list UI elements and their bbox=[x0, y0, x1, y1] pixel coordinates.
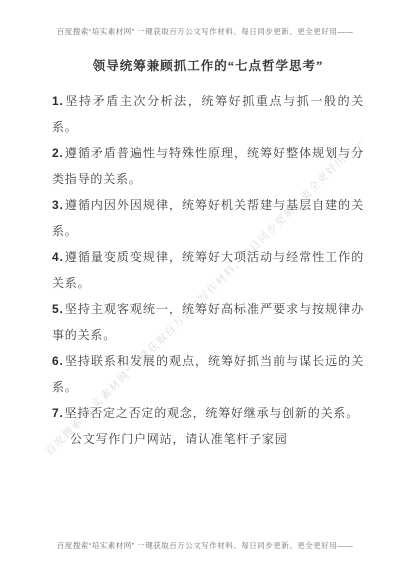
item-number: 5. bbox=[52, 302, 64, 316]
item-text: 坚持主观客观统一，统筹好高标准严要求与按规律办事的关系。 bbox=[52, 302, 364, 342]
list-item: 1.坚持矛盾主次分析法，统筹好抓重点与抓一般的关系。 bbox=[52, 88, 364, 140]
document-body: 领导统筹兼顾抓工作的“七点哲学思考” 1.坚持矛盾主次分析法，统筹好抓重点与抓一… bbox=[52, 56, 364, 452]
list-item: 3.遵循内因外因规律，统筹好机关帮建与基层自建的关系。 bbox=[52, 192, 364, 244]
list-item: 5.坚持主观客观统一，统筹好高标准严要求与按规律办事的关系。 bbox=[52, 296, 364, 348]
item-text: 遵循矛盾普遍性与特殊性原理，统筹好整体规划与分类指导的关系。 bbox=[52, 146, 364, 186]
item-text: 坚持否定之否定的观念，统筹好继承与创新的关系。 bbox=[65, 406, 359, 420]
list-item: 6.坚持联系和发展的观点，统筹好抓当前与谋长远的关系。 bbox=[52, 348, 364, 400]
item-text: 遵循量变质变规律，统筹好大项活动与经常性工作的关系。 bbox=[52, 250, 364, 290]
document-title: 领导统筹兼顾抓工作的“七点哲学思考” bbox=[52, 56, 364, 74]
closing-line: 公文写作门户网站，请认准笔杆子家园 bbox=[52, 426, 364, 452]
footer-promo-note: 百度搜索“培实素材网” 一键获取百万公文写作材料、每日同步更新、更全更好用—— bbox=[0, 540, 410, 551]
item-text: 坚持矛盾主次分析法，统筹好抓重点与抓一般的关系。 bbox=[52, 94, 364, 134]
document-page: 百度搜索“培实素材网” 一键获取百万公文写作材料、每日同步更新、更全更好用—— … bbox=[0, 0, 410, 580]
list-item: 2.遵循矛盾普遍性与特殊性原理，统筹好整体规划与分类指导的关系。 bbox=[52, 140, 364, 192]
list-item: 7.坚持否定之否定的观念，统筹好继承与创新的关系。 bbox=[52, 400, 364, 426]
item-number: 7. bbox=[52, 406, 64, 420]
item-text: 遵循内因外因规律，统筹好机关帮建与基层自建的关系。 bbox=[52, 198, 364, 238]
item-number: 3. bbox=[52, 198, 64, 212]
item-text: 坚持联系和发展的观点，统筹好抓当前与谋长远的关系。 bbox=[52, 354, 364, 394]
header-promo-note: 百度搜索“培实素材网” 一键获取百万公文写作材料、每日同步更新、更全更好用—— bbox=[0, 26, 410, 37]
item-number: 1. bbox=[52, 94, 64, 108]
item-number: 4. bbox=[52, 250, 64, 264]
item-number: 6. bbox=[52, 354, 64, 368]
item-number: 2. bbox=[52, 146, 64, 160]
list-item: 4.遵循量变质变规律，统筹好大项活动与经常性工作的关系。 bbox=[52, 244, 364, 296]
